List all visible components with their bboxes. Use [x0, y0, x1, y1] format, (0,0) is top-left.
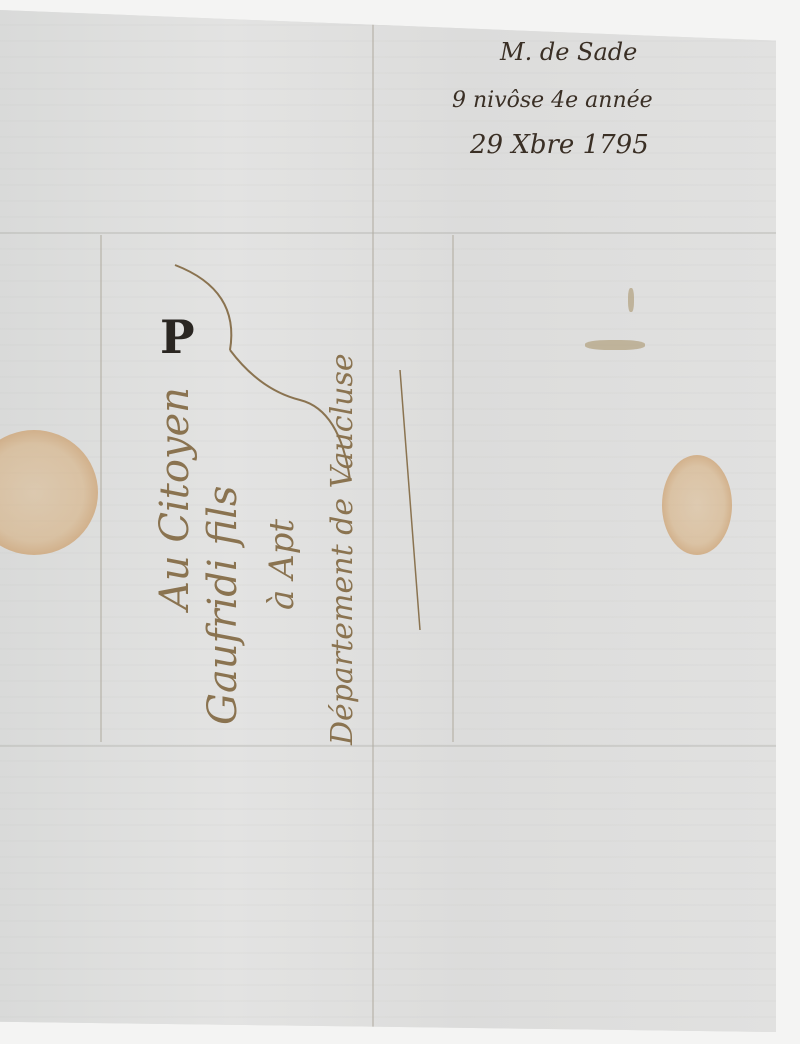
pen-flourishes: [0, 10, 776, 1032]
letter-sheet: M. de Sade 9 nivôse 4e année 29 Xbre 179…: [0, 10, 776, 1032]
